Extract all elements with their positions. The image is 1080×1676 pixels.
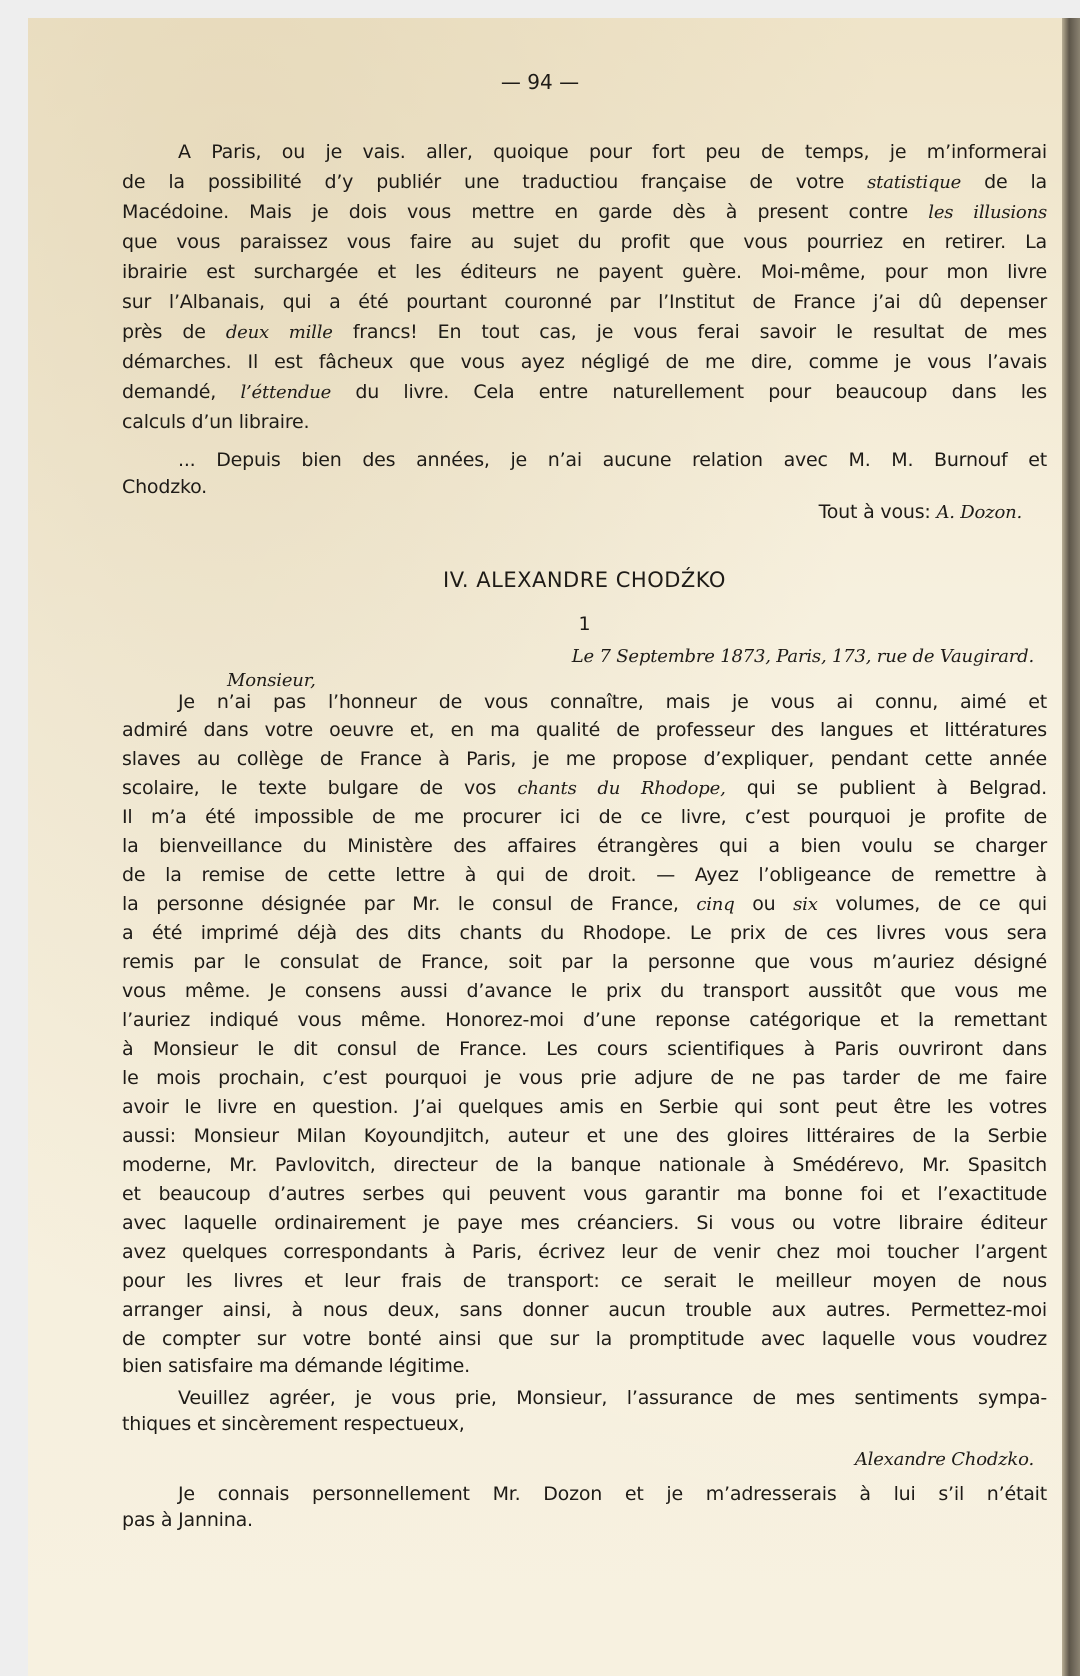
note-line: pas à Jannina. [122, 1505, 1047, 1535]
closing-line: thiques et sincèrement respectueux, [122, 1409, 1047, 1439]
text-line: le mois prochain, c’est pourquoi je vous… [122, 1063, 1047, 1093]
text-line: de la remise de cette lettre à qui de dr… [122, 860, 1047, 890]
text-line: de compter sur votre bonté ainsi que sur… [122, 1324, 1047, 1354]
text-line: l’auriez indiqué vous même. Honorez-moi … [122, 1005, 1047, 1035]
text-line: avoir le livre en question. J’ai quelque… [122, 1092, 1047, 1122]
section-title: IV. ALEXANDRE CHODŹKO [122, 565, 1047, 595]
text-line: Il m’a été impossible de me procurer ici… [122, 802, 1047, 832]
text-line: Je n’ai pas l’honneur de vous connaître,… [178, 687, 1047, 717]
text-line: ibrairie est surchargée et les éditeurs … [122, 257, 1047, 287]
text-line: de la possibilité d’y publiér une traduc… [122, 167, 1047, 197]
text-line: et beaucoup d’autres serbes qui peuvent … [122, 1179, 1047, 1209]
text-line: que vous paraissez vous faire au sujet d… [122, 227, 1047, 257]
text-line: demandé, l’éttendue du livre. Cela entre… [122, 377, 1047, 407]
text-line: arranger ainsi, à nous deux, sans donner… [122, 1295, 1047, 1325]
postscript-line: ... Depuis bien des années, je n’ai aucu… [178, 445, 1047, 475]
text-line: à Monsieur le dit consul de France. Les … [122, 1034, 1047, 1064]
text-line: sur l’Albanais, qui a été pourtant couro… [122, 287, 1047, 317]
text-line: démarches. Il est fâcheux que vous ayez … [122, 347, 1047, 377]
dozon-signature: A. Dozon. [936, 502, 1022, 523]
dozon-signature-line: Tout à vous: A. Dozon. [122, 497, 1022, 527]
text-line: scolaire, le texte bulgare de vos chants… [122, 773, 1047, 803]
text-line: avez quelques correspondants à Paris, éc… [122, 1237, 1047, 1267]
text-line: slaves au collège de France à Paris, je … [122, 744, 1047, 774]
page-binding-edge [1062, 18, 1080, 1676]
text-line: près de deux mille francs! En tout cas, … [122, 317, 1047, 347]
text-line: Macédoine. Mais je dois vous mettre en g… [122, 197, 1047, 227]
text-line: admiré dans votre oeuvre et, en ma quali… [122, 715, 1047, 745]
text-line: calculs d’un libraire. [122, 407, 1047, 437]
text-line: a été imprimé déjà des dits chants du Rh… [122, 918, 1047, 948]
letter-number: 1 [122, 609, 1047, 639]
text-line: la bienveillance du Ministère des affair… [122, 831, 1047, 861]
text-line: moderne, Mr. Pavlovitch, directeur de la… [122, 1150, 1047, 1180]
text-line: remis par le consulat de France, soit pa… [122, 947, 1047, 977]
text-line: bien satisfaire ma démande légitime. [122, 1351, 1047, 1381]
text-line: avec laquelle ordinairement je paye mes … [122, 1208, 1047, 1238]
text-line: A Paris, ou je vais. aller, quoique pour… [178, 137, 1047, 167]
text-line: la personne désignée par Mr. le consul d… [122, 889, 1047, 919]
text-line: aussi: Monsieur Milan Koyoundjitch, aute… [122, 1121, 1047, 1151]
text-line: pour les livres et leur frais de transpo… [122, 1266, 1047, 1296]
page-number: — 94 — [0, 70, 1080, 94]
chodzko-signature: Alexandre Chodzko. [122, 1444, 1034, 1474]
text-line: vous même. Je consens aussi d’avance le … [122, 976, 1047, 1006]
